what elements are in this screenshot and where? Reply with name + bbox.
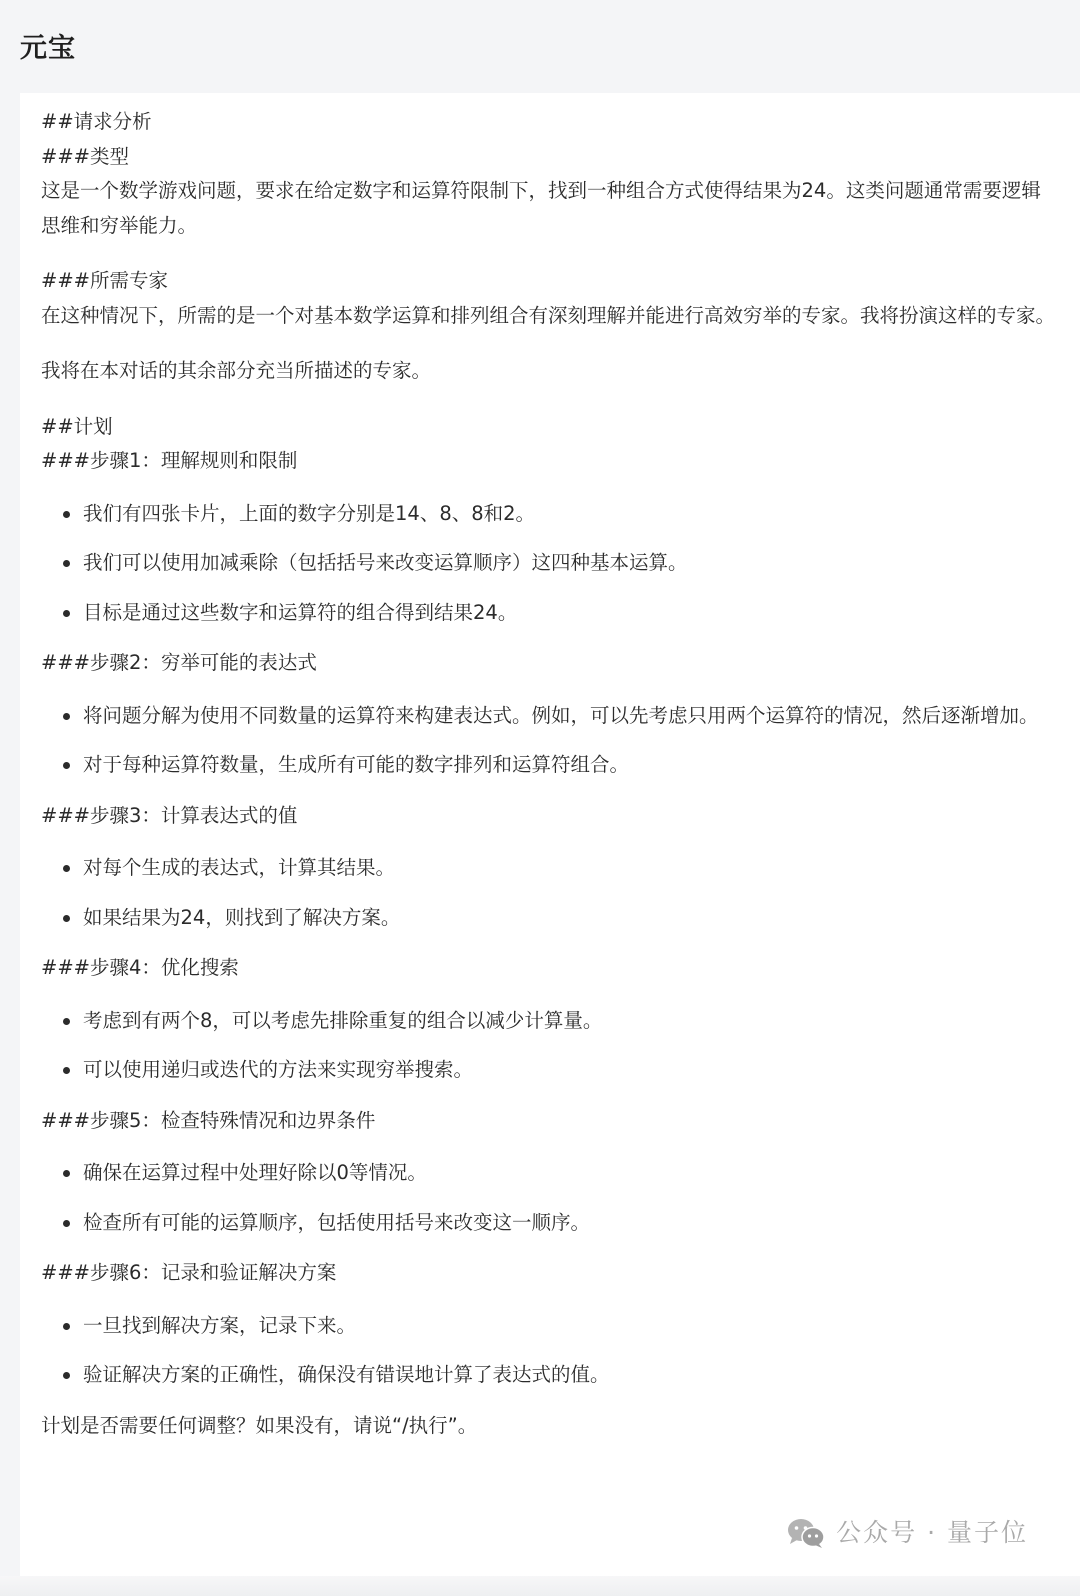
app-title: 元宝 <box>20 26 1080 65</box>
step-bullets: 一旦找到解决方案，记录下来。 验证解决方案的正确性，确保没有错误地计算了表达式的… <box>41 1309 1060 1393</box>
step-heading: ###步骤1：理解规则和限制 <box>41 444 1060 479</box>
list-item: 如果结果为24，则找到了解决方案。 <box>63 901 1060 936</box>
step-heading: ###步骤2：穷举可能的表达式 <box>41 646 1060 681</box>
list-item: 对每个生成的表达式，计算其结果。 <box>63 851 1060 886</box>
list-item: 可以使用递归或迭代的方法来实现穷举搜索。 <box>63 1053 1060 1088</box>
type-text: 这是一个数学游戏问题，要求在给定数字和运算符限制下，找到一种组合方式使得结果为2… <box>41 174 1060 243</box>
step-bullets: 将问题分解为使用不同数量的运算符来构建表达式。例如，可以先考虑只用两个运算符的情… <box>41 699 1060 783</box>
expert-text: 在这种情况下，所需的是一个对基本数学运算和排列组合有深刻理解并能进行高效穷举的专… <box>41 299 1060 334</box>
step-4: ###步骤4：优化搜索 考虑到有两个8，可以考虑先排除重复的组合以减少计算量。 … <box>41 951 1060 1088</box>
step-heading: ###步骤5：检查特殊情况和边界条件 <box>41 1104 1060 1139</box>
list-item: 我们可以使用加减乘除（包括括号来改变运算顺序）这四种基本运算。 <box>63 546 1060 581</box>
analysis-heading: ##请求分析 <box>41 105 1060 140</box>
assistant-message-card: ##请求分析 ###类型 这是一个数学游戏问题，要求在给定数字和运算符限制下，找… <box>20 93 1080 1576</box>
step-bullets: 对每个生成的表达式，计算其结果。 如果结果为24，则找到了解决方案。 <box>41 851 1060 935</box>
list-item: 对于每种运算符数量，生成所有可能的数字排列和运算符组合。 <box>63 748 1060 783</box>
step-heading: ###步骤4：优化搜索 <box>41 951 1060 986</box>
expert-heading: ###所需专家 <box>41 264 1060 299</box>
closing-question: 计划是否需要任何调整？如果没有，请说“/执行”。 <box>41 1409 1060 1444</box>
watermark: 公众号 · 量子位 <box>786 1516 1028 1551</box>
list-item: 将问题分解为使用不同数量的运算符来构建表达式。例如，可以先考虑只用两个运算符的情… <box>63 699 1060 734</box>
step-bullets: 确保在运算过程中处理好除以0等情况。 检查所有可能的运算顺序，包括使用括号来改变… <box>41 1156 1060 1240</box>
list-item: 确保在运算过程中处理好除以0等情况。 <box>63 1156 1060 1191</box>
list-item: 验证解决方案的正确性，确保没有错误地计算了表达式的值。 <box>63 1358 1060 1393</box>
app-header: 元宝 <box>0 0 1080 93</box>
list-item: 目标是通过这些数字和运算符的组合得到结果24。 <box>63 596 1060 631</box>
step-1: ###步骤1：理解规则和限制 我们有四张卡片，上面的数字分别是14、8、8和2。… <box>41 444 1060 630</box>
wechat-icon <box>786 1517 826 1549</box>
step-heading: ###步骤6：记录和验证解决方案 <box>41 1256 1060 1291</box>
step-heading: ###步骤3：计算表达式的值 <box>41 799 1060 834</box>
step-bullets: 我们有四张卡片，上面的数字分别是14、8、8和2。 我们可以使用加减乘除（包括括… <box>41 497 1060 631</box>
step-bullets: 考虑到有两个8，可以考虑先排除重复的组合以减少计算量。 可以使用递归或迭代的方法… <box>41 1004 1060 1088</box>
list-item: 检查所有可能的运算顺序，包括使用括号来改变这一顺序。 <box>63 1206 1060 1241</box>
step-3: ###步骤3：计算表达式的值 对每个生成的表达式，计算其结果。 如果结果为24，… <box>41 799 1060 936</box>
role-text: 我将在本对话的其余部分充当所描述的专家。 <box>41 354 1060 389</box>
list-item: 一旦找到解决方案，记录下来。 <box>63 1309 1060 1344</box>
bottom-band <box>0 1576 1080 1596</box>
watermark-text: 公众号 · 量子位 <box>836 1516 1028 1551</box>
step-5: ###步骤5：检查特殊情况和边界条件 确保在运算过程中处理好除以0等情况。 检查… <box>41 1104 1060 1241</box>
list-item: 我们有四张卡片，上面的数字分别是14、8、8和2。 <box>63 497 1060 532</box>
plan-heading: ##计划 <box>41 410 1060 445</box>
step-2: ###步骤2：穷举可能的表达式 将问题分解为使用不同数量的运算符来构建表达式。例… <box>41 646 1060 783</box>
type-heading: ###类型 <box>41 140 1060 175</box>
list-item: 考虑到有两个8，可以考虑先排除重复的组合以减少计算量。 <box>63 1004 1060 1039</box>
step-6: ###步骤6：记录和验证解决方案 一旦找到解决方案，记录下来。 验证解决方案的正… <box>41 1256 1060 1393</box>
